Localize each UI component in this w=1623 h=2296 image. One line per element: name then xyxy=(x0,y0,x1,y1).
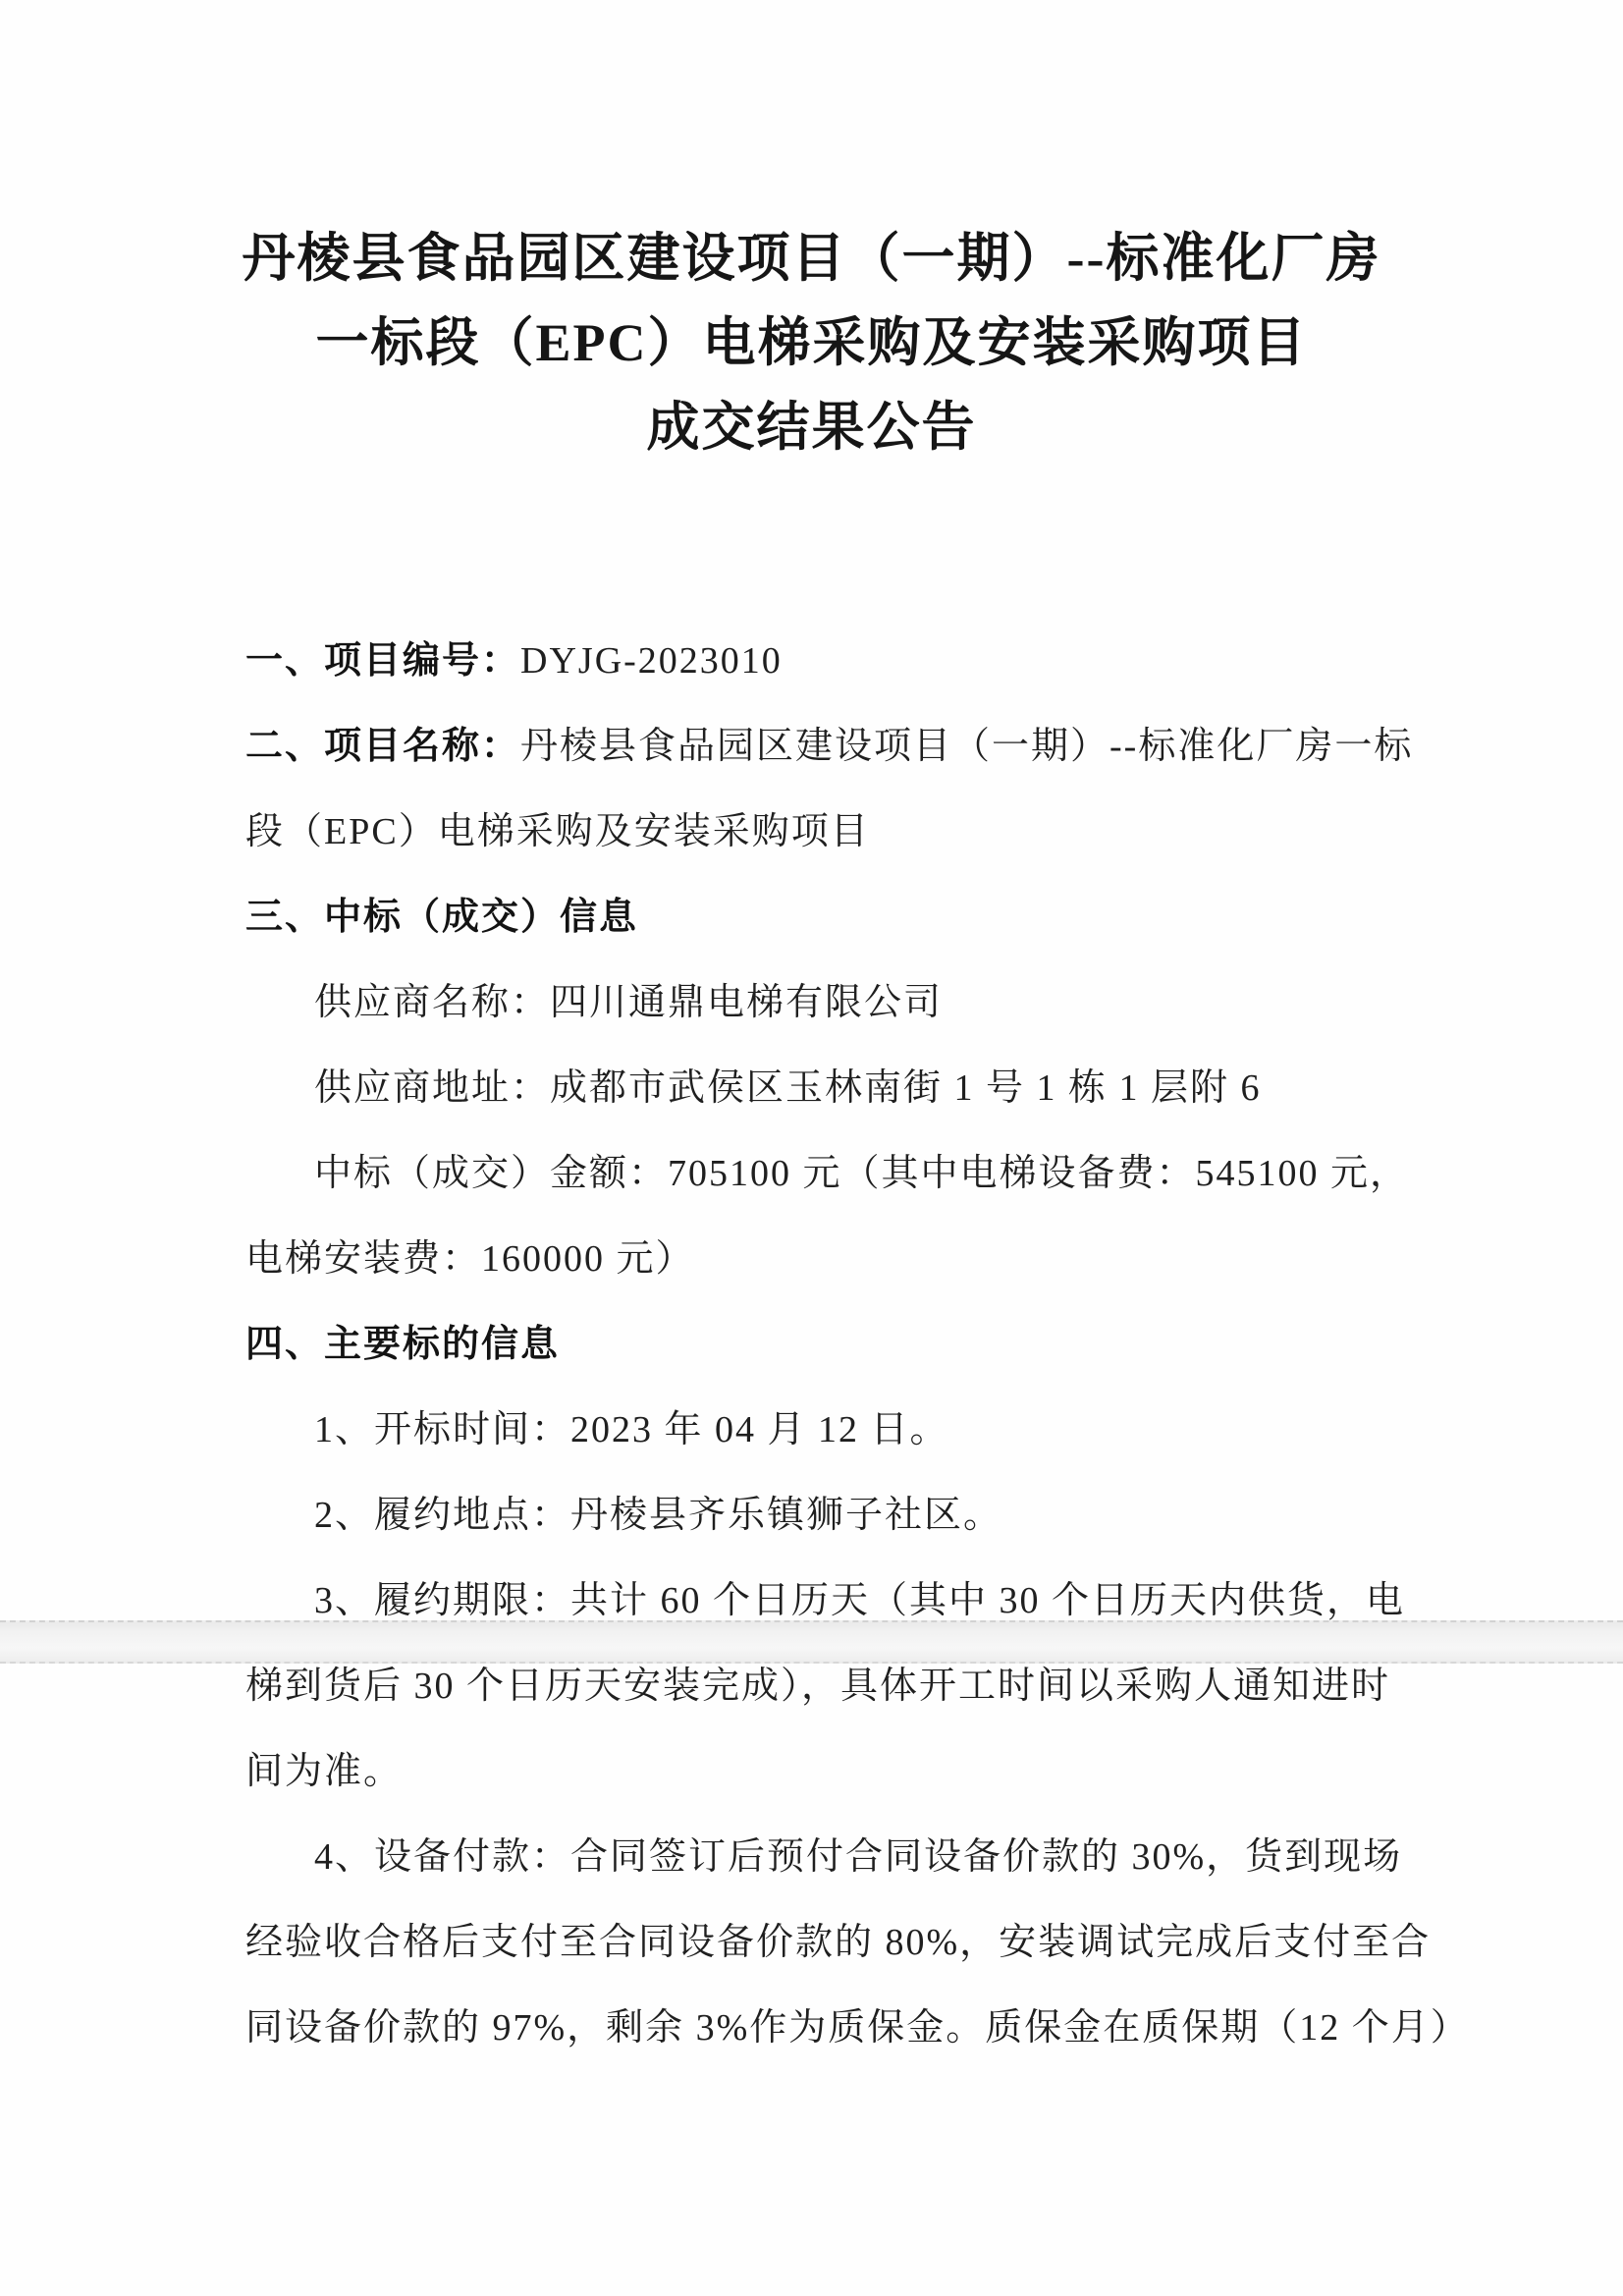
bid-opening-time-line: 1、开标时间：2023 年 04 月 12 日。 xyxy=(245,1388,1394,1473)
line-text: DYJG-2023010 xyxy=(520,640,783,682)
line-text: 梯到货后 30 个日历天安装完成），具体开工时间以采购人通知进时 xyxy=(245,1666,1390,1707)
project-name-continuation-line: 段（EPC）电梯采购及安装采购项目 xyxy=(245,790,1394,875)
line-text: 1、开标时间：2023 年 04 月 12 日。 xyxy=(314,1409,949,1450)
award-amount-continuation-line: 电梯安装费：160000 元） xyxy=(245,1217,1394,1302)
section-label: 二、项目名称： xyxy=(245,726,520,767)
document-title: 丹棱县食品园区建设项目（一期）--标准化厂房一标段（EPC）电梯采购及安装采购项… xyxy=(0,216,1623,469)
award-info-heading: 三、中标（成交）信息 xyxy=(245,875,1394,960)
line-text: 间为准。 xyxy=(245,1751,403,1792)
line-text: 经验收合格后支付至合同设备价款的 80%，安装调试完成后支付至合 xyxy=(245,1922,1431,1963)
title-line-2: 一标段（EPC）电梯采购及安装采购项目 xyxy=(0,301,1623,385)
equipment-payment-line: 4、设备付款：合同签订后预付合同设备价款的 30%，货到现场 xyxy=(245,1815,1394,1900)
line-text: 供应商名称：四川通鼎电梯有限公司 xyxy=(314,982,943,1023)
line-text: 2、履约地点：丹棱县齐乐镇狮子社区。 xyxy=(314,1495,1002,1536)
section-label: 一、项目编号： xyxy=(245,640,520,682)
performance-period-line: 3、履约期限：共计 60 个日历天（其中 30 个日历天内供货，电 xyxy=(245,1558,1394,1644)
line-text: 中标（成交）金额：705100 元（其中电梯设备费：545100 元， xyxy=(314,1153,1409,1194)
project-name-line: 二、项目名称：丹棱县食品园区建设项目（一期）--标准化厂房一标 xyxy=(245,704,1394,790)
award-amount-line: 中标（成交）金额：705100 元（其中电梯设备费：545100 元， xyxy=(245,1131,1394,1217)
supplier-address-line: 供应商地址：成都市武侯区玉林南街 1 号 1 栋 1 层附 6 xyxy=(245,1046,1394,1131)
equipment-payment-continuation-line: 经验收合格后支付至合同设备价款的 80%，安装调试完成后支付至合 xyxy=(245,1900,1394,1986)
project-number-line: 一、项目编号：DYJG-2023010 xyxy=(245,619,1394,704)
supplier-name-line: 供应商名称：四川通鼎电梯有限公司 xyxy=(245,960,1394,1046)
section-label: 三、中标（成交）信息 xyxy=(245,897,638,938)
main-bid-info-heading: 四、主要标的信息 xyxy=(245,1302,1394,1388)
line-text: 供应商地址：成都市武侯区玉林南街 1 号 1 栋 1 层附 6 xyxy=(314,1067,1262,1109)
performance-period-continuation-line: 梯到货后 30 个日历天安装完成），具体开工时间以采购人通知进时 xyxy=(245,1644,1394,1729)
line-text: 3、履约期限：共计 60 个日历天（其中 30 个日历天内供货，电 xyxy=(314,1580,1405,1621)
performance-period-continuation-line-2: 间为准。 xyxy=(245,1729,1394,1815)
line-text: 电梯安装费：160000 元） xyxy=(245,1238,695,1280)
line-text: 丹棱县食品园区建设项目（一期）--标准化厂房一标 xyxy=(520,726,1413,767)
line-text: 4、设备付款：合同签订后预付合同设备价款的 30%，货到现场 xyxy=(314,1836,1402,1878)
title-line-1: 丹棱县食品园区建设项目（一期）--标准化厂房 xyxy=(0,216,1623,301)
section-label: 四、主要标的信息 xyxy=(245,1324,560,1365)
document-page: 丹棱县食品园区建设项目（一期）--标准化厂房一标段（EPC）电梯采购及安装采购项… xyxy=(0,0,1623,2296)
line-text: 段（EPC）电梯采购及安装采购项目 xyxy=(245,811,870,852)
document-body: 一、项目编号：DYJG-2023010二、项目名称：丹棱县食品园区建设项目（一期… xyxy=(245,619,1394,2071)
title-line-3: 成交结果公告 xyxy=(0,385,1623,469)
line-text: 同设备价款的 97%，剩余 3%作为质保金。质保金在质保期（12 个月） xyxy=(245,2007,1470,2049)
equipment-payment-continuation-line-2: 同设备价款的 97%，剩余 3%作为质保金。质保金在质保期（12 个月） xyxy=(245,1986,1394,2071)
performance-place-line: 2、履约地点：丹棱县齐乐镇狮子社区。 xyxy=(245,1473,1394,1558)
